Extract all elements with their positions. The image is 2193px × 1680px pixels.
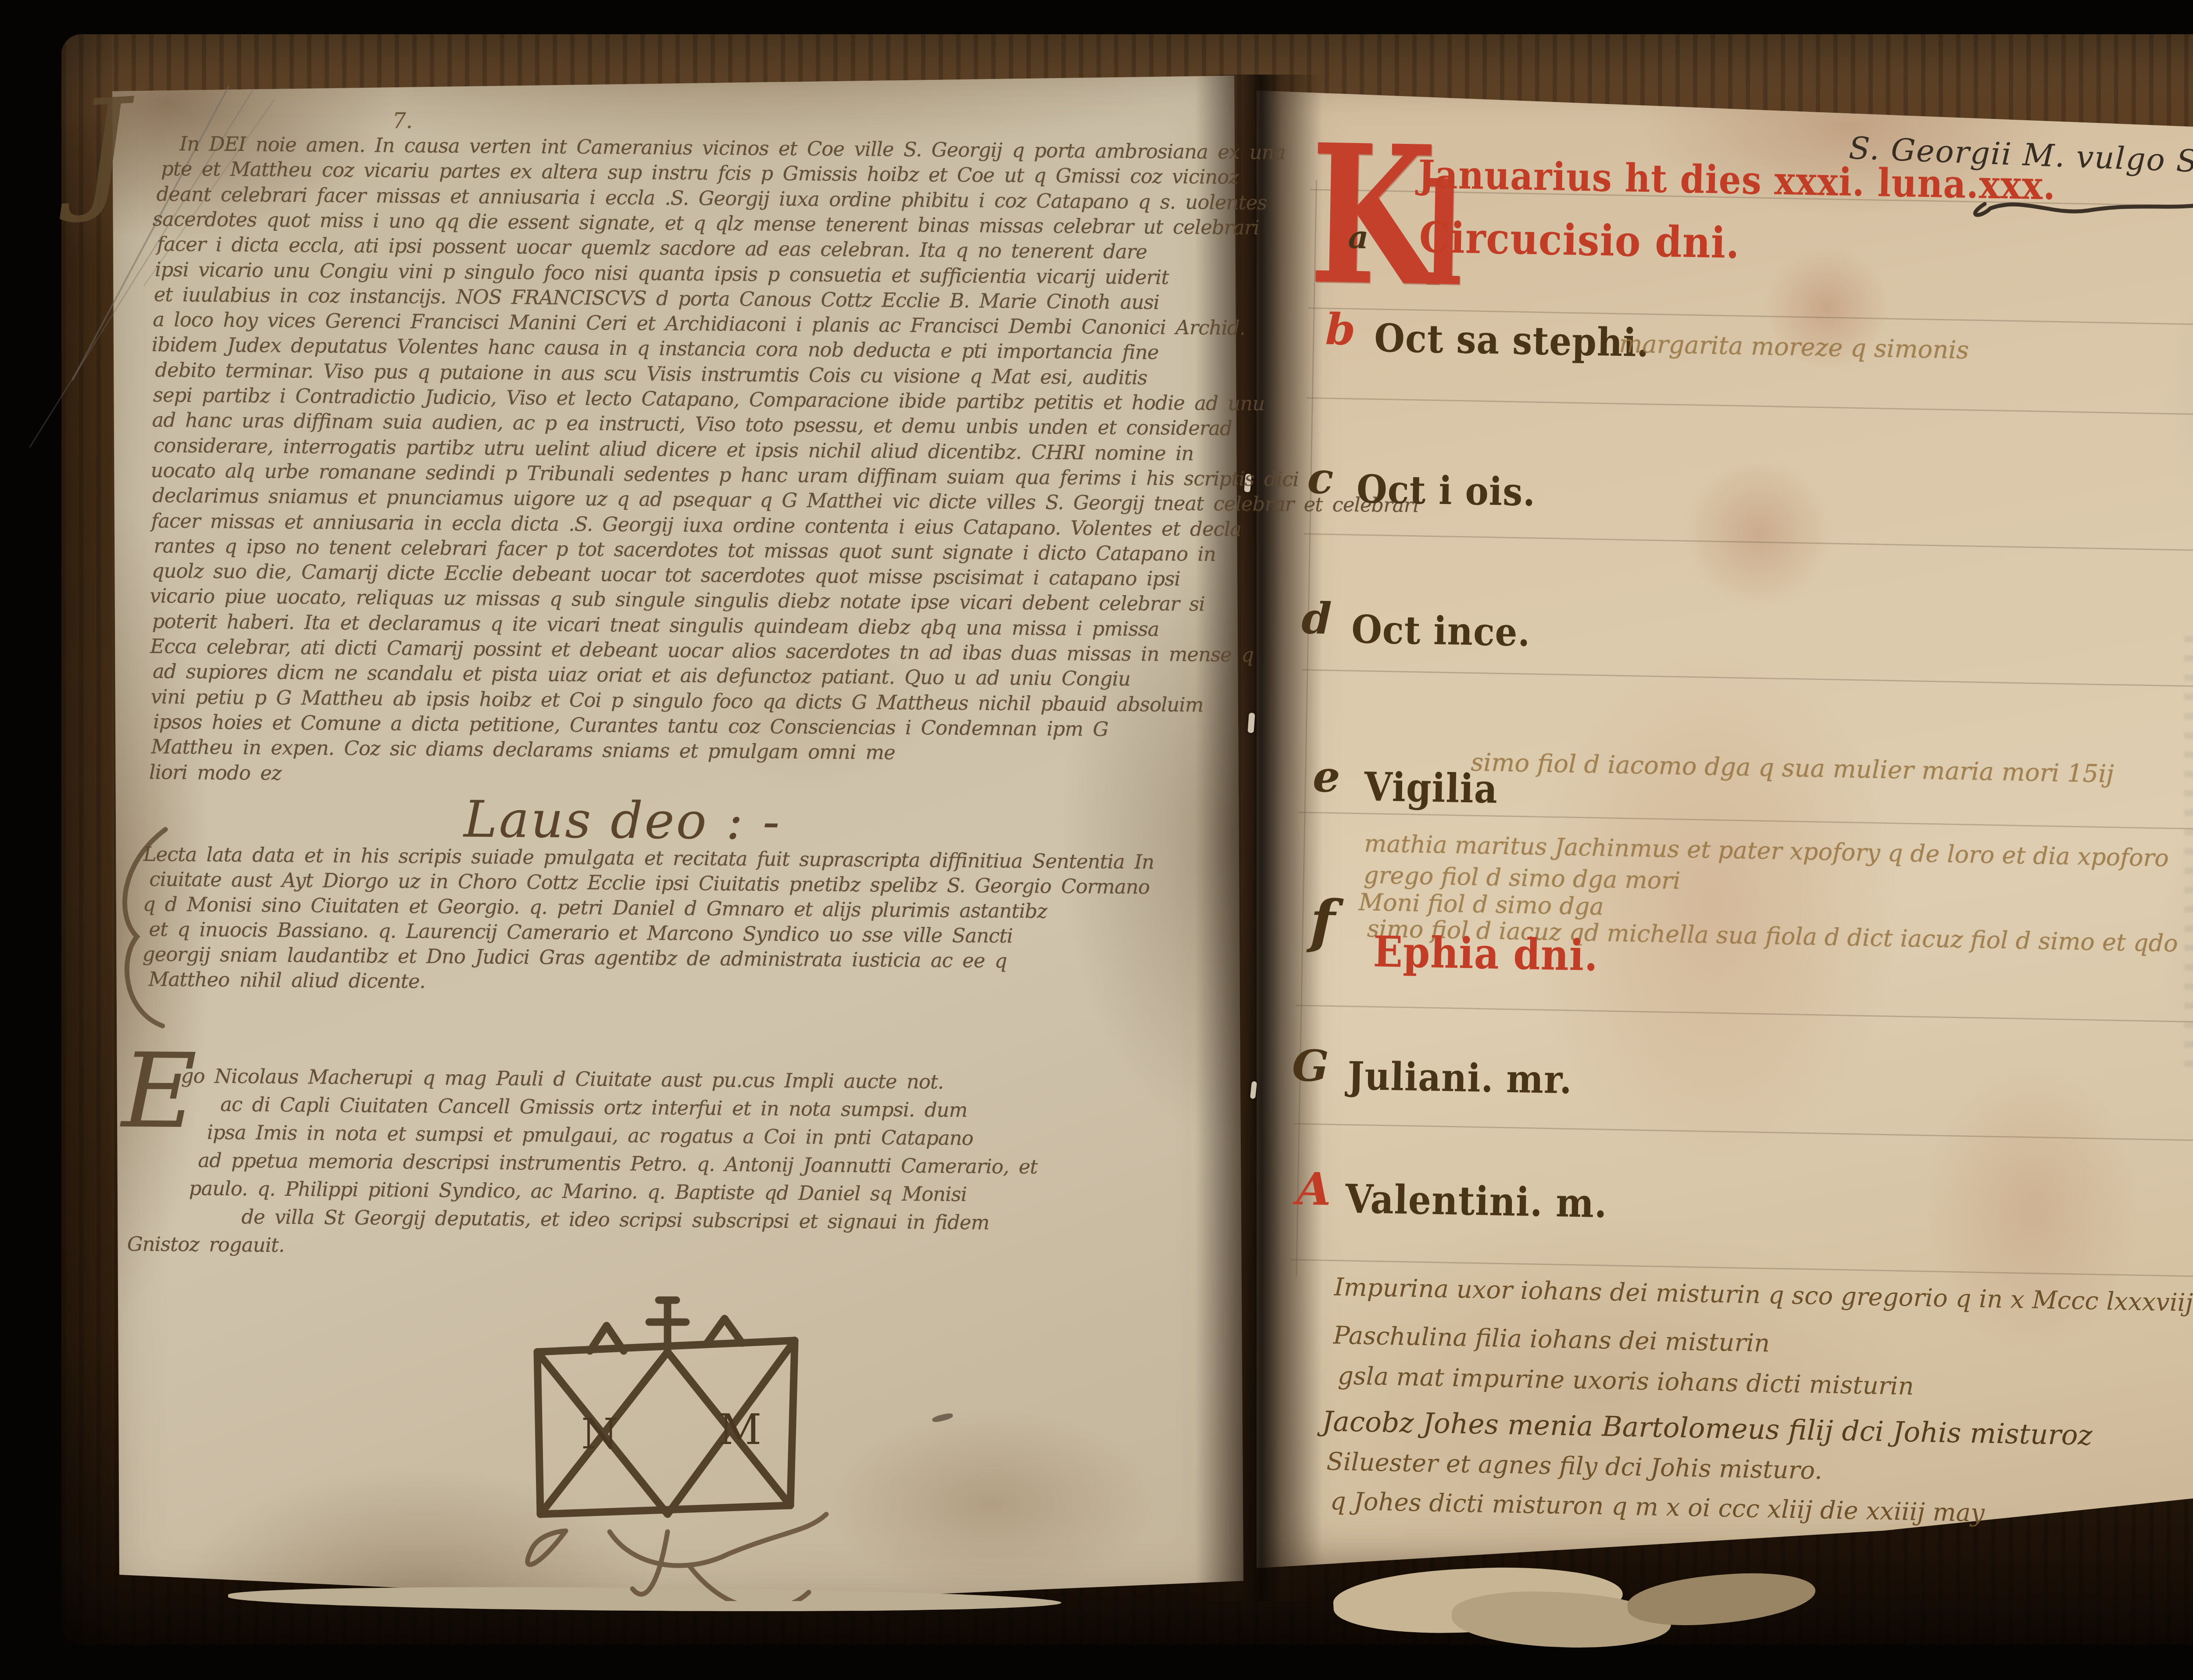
- feast-entry: Ephia dni.: [1373, 926, 1599, 981]
- dominical-letter: b: [1325, 304, 1356, 355]
- ruled-line: [1293, 1123, 2193, 1142]
- text-line: go Nicolaus Macherupi q mag Pauli d Ciui…: [181, 1064, 944, 1094]
- feast-entry: Valentini. m.: [1345, 1176, 1607, 1227]
- ruled-line: [1295, 1004, 2193, 1023]
- notary-paragraph-initial: E: [121, 1040, 197, 1143]
- text-line: ipsa Imis in nota et sumpsi et pmulgaui,…: [207, 1121, 973, 1150]
- laus-deo-heading: Laus deo : -: [464, 790, 782, 851]
- ruled-line: [1299, 811, 2193, 830]
- dominical-letter: d: [1301, 593, 1332, 644]
- obit-line: Impurina uxor iohans dei misturin q sco …: [1334, 1273, 2193, 1317]
- text-line: liori modo ez: [149, 760, 282, 784]
- ruled-line: [1304, 533, 2193, 552]
- dominical-letter: a: [1348, 218, 1369, 256]
- obit-line: Paschulina filia iohans dei misturin: [1333, 1321, 1770, 1358]
- feast-entry: Oct i ois.: [1356, 466, 1536, 515]
- dominical-letter: e: [1312, 751, 1340, 802]
- text-line: paulo. q. Philippi pitioni Syndico, ac M…: [189, 1176, 967, 1206]
- obit-line: Jacobz Johes menia Bartolomeus filij dci…: [1322, 1405, 2093, 1451]
- text-line: ac di Capli Ciuitaten Cancell Gmissis or…: [220, 1093, 967, 1122]
- feast-entry: Oct ince.: [1351, 607, 1531, 655]
- text-line: de villa St Georgij deputatis, et ideo s…: [241, 1205, 989, 1234]
- monogram-letter-m: M: [718, 1405, 761, 1454]
- manuscript-photo: J 7. In DEI noie amen. In causa verten i…: [0, 0, 2193, 1680]
- right-page-calendar-block: Kl Januarius ht dies xxxi. luna.xxx. a C…: [1268, 132, 2193, 1599]
- feast-entry: Oct sa stephi.: [1374, 315, 1650, 365]
- obit-line: q Johes dicti misturon q m x oi ccc xlii…: [1330, 1487, 1985, 1527]
- obit-note: simo fiol d iacomo dga q sua mulier mari…: [1471, 748, 2114, 789]
- dominical-letter: A: [1296, 1163, 1332, 1216]
- notary-sign: N M: [500, 1285, 842, 1601]
- text-line: Mattheu in expen. Coz sic diams declaram…: [151, 735, 895, 764]
- margin-rule: [1296, 180, 1317, 1277]
- ruled-line: [1301, 669, 2193, 688]
- text-line: ad ppetua memoria descripsi instrumentis…: [198, 1148, 1037, 1178]
- closing-line: Gnistoz rogauit.: [127, 1232, 285, 1257]
- text-line: Mattheo nihil aliud dicente.: [148, 968, 425, 993]
- feast-circumcisio: Circucisio dni.: [1419, 212, 1740, 268]
- show-through-text: [2184, 636, 2193, 1075]
- obit-note: margarita moreze q simonis: [1619, 330, 1969, 365]
- dominical-letter: G: [1292, 1040, 1329, 1092]
- text-line: georgij sniam laudantibz et Dno Judici G…: [143, 942, 1007, 972]
- ruled-line: [1307, 397, 2193, 416]
- dominical-letter: f: [1310, 887, 1336, 956]
- annotation-flourish: [1969, 189, 2193, 250]
- obit-line: Siluester et agnes fily dci Johis mistur…: [1326, 1448, 1823, 1485]
- monogram-letter-n: N: [581, 1409, 618, 1458]
- feast-entry: Juliani. mr.: [1347, 1053, 1573, 1103]
- obit-line: gsla mat impurine uxoris iohans dicti mi…: [1337, 1362, 1914, 1401]
- text-line: et q inuocis Bassiano. q. Laurencij Came…: [149, 918, 1013, 947]
- dominical-letter: c: [1307, 453, 1334, 504]
